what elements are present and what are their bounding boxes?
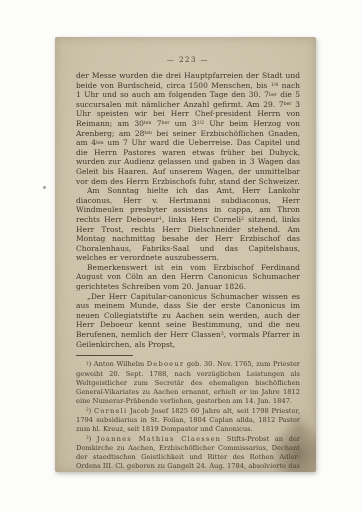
scanned-book-page-view: — 223 — der Messe wurden die drei Hauptp…	[0, 0, 363, 512]
text-run: ten	[144, 131, 152, 136]
text-run: 3	[221, 332, 224, 337]
text-run: , links Herr Corneli	[162, 215, 241, 224]
text-run: 3	[86, 435, 89, 440]
text-run: der Messe wurden die drei Hauptpfarreien…	[76, 71, 300, 90]
text-run: Corneli	[94, 407, 127, 415]
text-run: 1/2	[197, 121, 204, 126]
text-run: Joannes Mathias Claessen	[97, 435, 221, 443]
paragraph: „Der Herr Capitular-canonicus Schumacher…	[76, 292, 300, 350]
footnote: 1) Anton Wilhelm Deboeur geb. 30. Nov. 1…	[76, 360, 300, 406]
text-run: 1	[159, 217, 162, 222]
body-paragraphs: der Messe wurden die drei Hauptpfarreien…	[76, 71, 300, 349]
text-run: )	[89, 435, 97, 443]
footnotes: 1) Anton Wilhelm Deboeur geb. 30. Nov. 1…	[76, 360, 300, 472]
text-run: um 7 Uhr ward die Ueberreise. Das Capite…	[76, 138, 300, 185]
dust-speck	[43, 186, 46, 189]
text-run: Deboeur	[147, 360, 185, 368]
text-run: 2	[86, 407, 89, 412]
book-page: — 223 — der Messe wurden die drei Hauptp…	[55, 37, 316, 472]
paragraph: Am Sonntag hielte ich das Amt, Herr Lank…	[76, 186, 300, 263]
footnote-separator	[76, 355, 133, 356]
text-run: ten	[144, 121, 152, 126]
text-run: ber	[162, 121, 170, 126]
text-run: Bemerkenswert ist ein vom Erzbischof Fer…	[76, 263, 300, 291]
text-run: ber	[284, 102, 292, 107]
text-run: ten	[96, 141, 104, 146]
text-run: ber	[269, 93, 277, 98]
text-run: 7	[151, 119, 161, 128]
text-run: um 3	[169, 119, 196, 128]
footnote: 2) Corneli Jacob Josef 1825 60 Jahre alt…	[76, 407, 300, 435]
paragraph: Bemerkenswert ist ein vom Erzbischof Fer…	[76, 263, 300, 292]
text-run: 1	[86, 361, 89, 366]
text-run: 2	[241, 217, 244, 222]
page-number: — 223 —	[76, 56, 300, 64]
footnote: 3) Joannes Mathias Claessen Stifts-Probs…	[76, 435, 300, 472]
text-run: 1/4	[271, 83, 278, 88]
text-run: ) Anton Wilhelm	[89, 360, 147, 368]
paragraph: der Messe wurden die drei Hauptpfarreien…	[76, 71, 300, 186]
